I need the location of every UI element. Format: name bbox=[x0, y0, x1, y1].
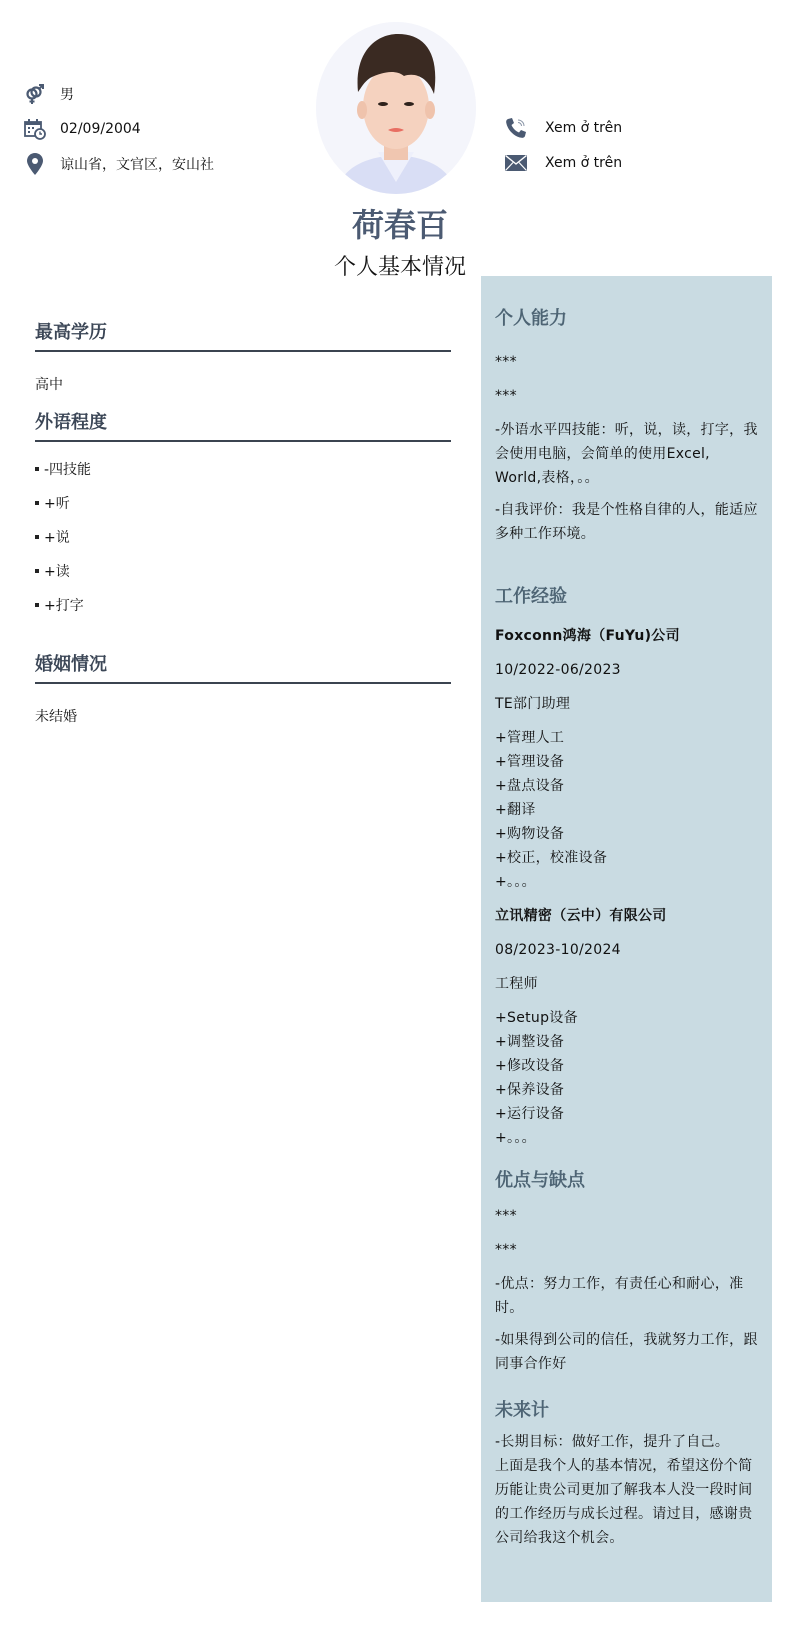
calendar-icon bbox=[24, 118, 46, 140]
contact-info-right: Xem ở trên Xem ở trên bbox=[505, 110, 622, 180]
list-item: -四技能 bbox=[35, 452, 451, 486]
duty-item: +修改设备 bbox=[495, 1054, 758, 1078]
email-value: Xem ở trên bbox=[545, 155, 622, 171]
phone-row: Xem ở trên bbox=[505, 110, 622, 145]
bullet-icon bbox=[35, 569, 39, 573]
left-column: 最高学历 高中 外语程度 -四技能 +听 +说 +读 +打字 婚姻情况 未结婚 bbox=[35, 318, 451, 740]
list-item: +读 bbox=[35, 554, 451, 588]
abilities-line: *** bbox=[495, 384, 758, 408]
future-line: 上面是我个人的基本情况，希望这份个简历能让贵公司更加了解我本人没一段时间的工作经… bbox=[495, 1454, 758, 1550]
gender-row: 男 bbox=[24, 76, 214, 111]
portrait-photo bbox=[316, 22, 476, 194]
duty-item: +购物设备 bbox=[495, 822, 758, 846]
language-list: -四技能 +听 +说 +读 +打字 bbox=[35, 452, 451, 622]
duty-item: +管理人工 bbox=[495, 726, 758, 750]
pros-cons-line: *** bbox=[495, 1204, 758, 1228]
abilities-line: -外语水平四技能：听，说，读，打字，我会使用电脑，会简单的使用Excel, Wo… bbox=[495, 418, 758, 490]
job-duties: +Setup设备 +调整设备 +修改设备 +保养设备 +运行设备 +。。。 bbox=[495, 1006, 758, 1150]
email-row: Xem ở trên bbox=[505, 145, 622, 180]
pros-cons-line: -如果得到公司的信任，我就努力工作，跟同事合作好 bbox=[495, 1328, 758, 1376]
job-role: TE部门助理 bbox=[495, 692, 758, 716]
bullet-icon bbox=[35, 603, 39, 607]
duty-item: +。。。 bbox=[495, 870, 758, 894]
duty-item: +。。。 bbox=[495, 1126, 758, 1150]
list-item: +打字 bbox=[35, 588, 451, 622]
section-title-future: 未来计 bbox=[495, 1396, 758, 1422]
birthdate-row: 02/09/2004 bbox=[24, 111, 214, 146]
job-period: 08/2023-10/2024 bbox=[495, 938, 758, 962]
pros-cons-line: *** bbox=[495, 1238, 758, 1262]
birthdate-value: 02/09/2004 bbox=[60, 121, 141, 137]
list-item: +听 bbox=[35, 486, 451, 520]
bullet-icon bbox=[35, 501, 39, 505]
address-row: 谅山省，文官区，安山社 bbox=[24, 146, 214, 181]
envelope-icon bbox=[505, 152, 527, 174]
pros-cons-line: -优点：努力工作，有责任心和耐心，准时。 bbox=[495, 1272, 758, 1320]
bullet-icon bbox=[35, 467, 39, 471]
abilities-line: -自我评价：我是个性格自律的人，能适应多种工作环境。 bbox=[495, 498, 758, 546]
phone-icon bbox=[505, 117, 527, 139]
contact-info-left: 男 02/09/2004 谅山省，文官区，安山社 bbox=[24, 76, 214, 181]
marital-value: 未结婚 bbox=[35, 706, 451, 726]
right-panel: 个人能力 *** *** -外语水平四技能：听，说，读，打字，我会使用电脑，会简… bbox=[481, 276, 772, 1602]
duty-item: +翻译 bbox=[495, 798, 758, 822]
bullet-icon bbox=[35, 535, 39, 539]
duty-item: +运行设备 bbox=[495, 1102, 758, 1126]
duty-item: +盘点设备 bbox=[495, 774, 758, 798]
section-title-language: 外语程度 bbox=[35, 408, 451, 442]
list-item: +说 bbox=[35, 520, 451, 554]
section-title-abilities: 个人能力 bbox=[495, 304, 758, 330]
duty-item: +Setup设备 bbox=[495, 1006, 758, 1030]
job-duties: +管理人工 +管理设备 +盘点设备 +翻译 +购物设备 +校正，校准设备 +。。… bbox=[495, 726, 758, 894]
duty-item: +管理设备 bbox=[495, 750, 758, 774]
section-title-marital: 婚姻情况 bbox=[35, 650, 451, 684]
duty-item: +校正，校准设备 bbox=[495, 846, 758, 870]
duty-item: +保养设备 bbox=[495, 1078, 758, 1102]
location-pin-icon bbox=[24, 153, 46, 175]
address-value: 谅山省，文官区，安山社 bbox=[60, 154, 214, 174]
abilities-line: *** bbox=[495, 350, 758, 374]
phone-value: Xem ở trên bbox=[545, 120, 622, 136]
education-value: 高中 bbox=[35, 374, 451, 394]
job-company: 立讯精密（云中）有限公司 bbox=[495, 904, 758, 928]
avatar bbox=[316, 22, 476, 194]
job-period: 10/2022-06/2023 bbox=[495, 658, 758, 682]
section-title-education: 最高学历 bbox=[35, 318, 451, 352]
future-line: -长期目标：做好工作，提升了自己。 bbox=[495, 1430, 758, 1454]
job-role: 工程师 bbox=[495, 972, 758, 996]
candidate-name: 荷春百 bbox=[0, 200, 800, 246]
job-company: Foxconn鸿海（FuYu)公司 bbox=[495, 624, 758, 648]
duty-item: +调整设备 bbox=[495, 1030, 758, 1054]
gender-value: 男 bbox=[60, 84, 74, 104]
section-title-pros-cons: 优点与缺点 bbox=[495, 1166, 758, 1192]
gender-icon bbox=[24, 83, 46, 105]
section-title-experience: 工作经验 bbox=[495, 582, 758, 608]
